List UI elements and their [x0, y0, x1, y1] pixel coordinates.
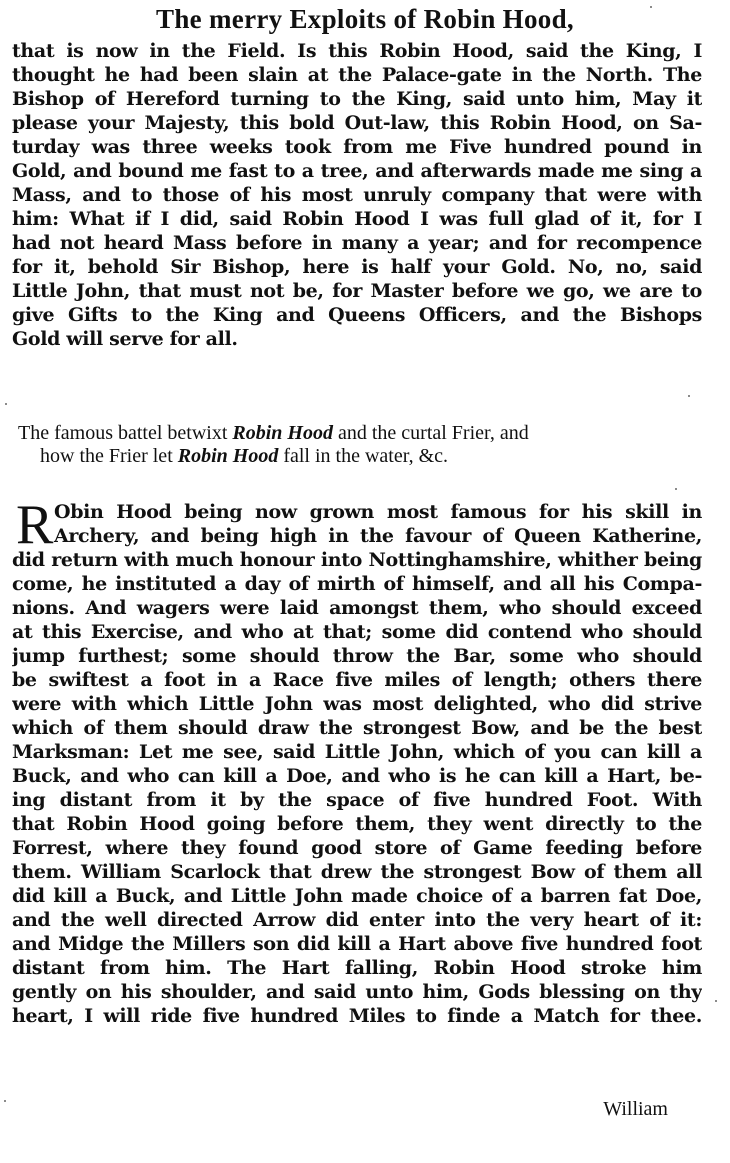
- heading-italic-name: Robin Hood: [178, 445, 279, 467]
- text-line: ing distant from it by the space of five…: [12, 788, 702, 812]
- text-line: Bishop of Hereford turning to the King, …: [12, 87, 702, 111]
- text-line: Little John, that must not be, for Maste…: [12, 279, 702, 303]
- text-line: Marksman: Let me see, said Little John, …: [12, 740, 702, 764]
- text-line: Gold, and bound me fast to a tree, and a…: [12, 159, 702, 183]
- text-line: Obin Hood being now grown most famous fo…: [12, 500, 702, 524]
- paragraph-2: R Obin Hood being now grown most famous …: [12, 500, 702, 1028]
- heading-line-1: The famous battel betwixt Robin Hood and…: [18, 422, 708, 445]
- text-line: at this Exercise, and who at that; some …: [12, 620, 702, 644]
- text-line: for it, behold Sir Bishop, here is half …: [12, 255, 702, 279]
- text-line: them. William Scarlock that drew the str…: [12, 860, 702, 884]
- heading-line-2: how the Frier let Robin Hood fall in the…: [18, 445, 708, 468]
- book-page: The merry Exploits of Robin Hood, that i…: [0, 0, 730, 1163]
- text-line: that Robin Hood going before them, they …: [12, 812, 702, 836]
- print-speck: [5, 403, 7, 405]
- text-line: be swiftest a foot in a Race five miles …: [12, 668, 702, 692]
- running-head: The merry Exploits of Robin Hood,: [0, 4, 730, 35]
- text-line: did return with much honour into Notting…: [12, 548, 702, 572]
- text-line: please your Majesty, this bold Out-law, …: [12, 111, 702, 135]
- text-line: Mass, and to those of his most unruly co…: [12, 183, 702, 207]
- text-line: give Gifts to the King and Queens Office…: [12, 303, 702, 327]
- text-line: and the well directed Arrow did enter in…: [12, 908, 702, 932]
- text-line: Archery, and being high in the favour of…: [12, 524, 702, 548]
- text-line: thought he had been slain at the Palace-…: [12, 63, 702, 87]
- catchword: William: [603, 1098, 668, 1121]
- drop-cap: R: [16, 500, 53, 550]
- text-line: him: What if I did, said Robin Hood I wa…: [12, 207, 702, 231]
- text-line: distant from him. The Hart falling, Robi…: [12, 956, 702, 980]
- text-line: nions. And wagers were laid amongst them…: [12, 596, 702, 620]
- text-line: come, he instituted a day of mirth of hi…: [12, 572, 702, 596]
- text-line: Buck, and who can kill a Doe, and who is…: [12, 764, 702, 788]
- print-speck: [715, 1000, 717, 1002]
- text-line: had not heard Mass before in many a year…: [12, 231, 702, 255]
- text-line: Gold will serve for all.: [12, 327, 702, 351]
- print-speck: [4, 1100, 6, 1102]
- print-speck: [650, 6, 652, 8]
- section-heading: The famous battel betwixt Robin Hood and…: [18, 422, 708, 468]
- paragraph-1: that is now in the Field. Is this Robin …: [12, 39, 702, 351]
- text-line: turday was three weeks took from me Five…: [12, 135, 702, 159]
- text-line: did kill a Buck, and Little John made ch…: [12, 884, 702, 908]
- text-line: gently on his shoulder, and said unto hi…: [12, 980, 702, 1004]
- text-line: that is now in the Field. Is this Robin …: [12, 39, 702, 63]
- text-line: which of them should draw the strongest …: [12, 716, 702, 740]
- text-line: jump furthest; some should throw the Bar…: [12, 644, 702, 668]
- text-line: were with which Little John was most del…: [12, 692, 702, 716]
- text-line: Forrest, where they found good store of …: [12, 836, 702, 860]
- text-line: heart, I will ride five hundred Miles to…: [12, 1004, 702, 1028]
- text-line: and Midge the Millers son did kill a Har…: [12, 932, 702, 956]
- print-speck: [675, 488, 677, 490]
- print-speck: [688, 395, 690, 397]
- heading-italic-name: Robin Hood: [232, 422, 333, 444]
